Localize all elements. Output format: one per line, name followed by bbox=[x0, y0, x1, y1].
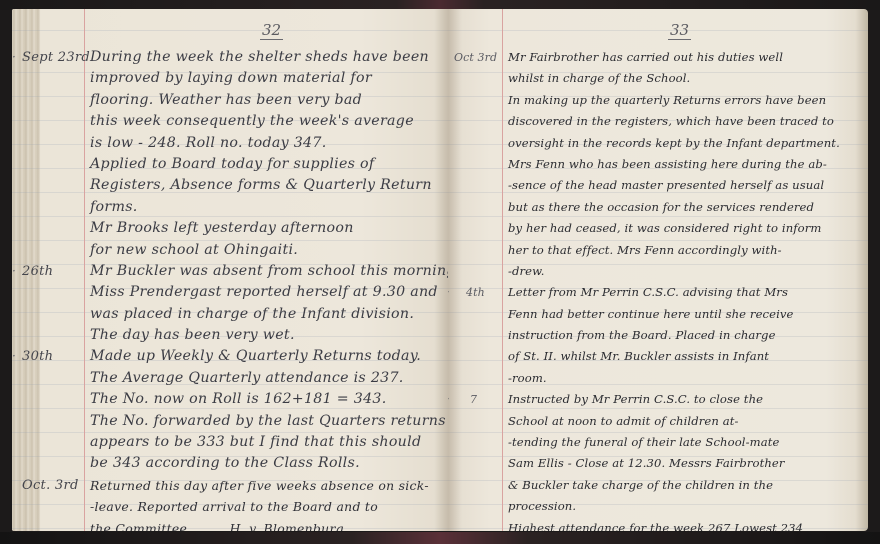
entry-line: Mr Brooks left yesterday afternoon bbox=[12, 218, 448, 239]
entry-line: Miss Prendergast reported herself at 9.3… bbox=[12, 282, 448, 303]
entry-line: Sam Ellis - Close at 12.30. Messrs Fairb… bbox=[448, 453, 868, 474]
entry-text: -leave. Reported arrival to the Board an… bbox=[90, 499, 378, 514]
entry-line: The Average Quarterly attendance is 237. bbox=[12, 368, 448, 389]
entry-text: flooring. Weather has been very bad bbox=[90, 92, 362, 108]
entry-text: -drew. bbox=[508, 264, 545, 278]
log-entry: · 7 Instructed by Mr Perrin C.S.C. to cl… bbox=[448, 389, 868, 531]
entry-line: improved by laying down material for bbox=[12, 68, 448, 89]
entry-text: The No. now on Roll is 162+181 = 343. bbox=[90, 391, 387, 407]
entry-text: Applied to Board today for supplies of bbox=[90, 156, 374, 172]
entry-line: Mrs Fenn who has been assisting here dur… bbox=[448, 154, 868, 175]
entry-line: -room. bbox=[448, 368, 868, 389]
entry-text: was placed in charge of the Infant divis… bbox=[90, 306, 414, 322]
entry-date: 7 bbox=[470, 389, 477, 410]
entry-text: but as there the occasion for the servic… bbox=[508, 200, 814, 214]
entry-text: appears to be 333 but I find that this s… bbox=[90, 434, 421, 450]
entry-line: -drew. bbox=[448, 261, 868, 282]
page-number: 32 bbox=[260, 21, 283, 40]
entry-line: · Sept 23rd During the week the shelter … bbox=[12, 47, 448, 68]
entry-line: · 26th Mr Buckler was absent from school… bbox=[12, 261, 448, 282]
entry-line: School at noon to admit of children at- bbox=[448, 411, 868, 432]
entry-line: Fenn had better continue here until she … bbox=[448, 304, 868, 325]
log-entry: · Sept 23rd During the week the shelter … bbox=[12, 47, 448, 261]
entry-line: for new school at Ohingaiti. bbox=[12, 240, 448, 261]
entry-text: Mr Buckler was absent from school this m… bbox=[90, 263, 448, 279]
entry-line: · 7 Instructed by Mr Perrin C.S.C. to cl… bbox=[448, 389, 868, 410]
entry-text: by her had ceased, it was considered rig… bbox=[508, 221, 821, 235]
entry-line: The No. now on Roll is 162+181 = 343. bbox=[12, 389, 448, 410]
entry-line: Highest attendance for the week 267 Lowe… bbox=[448, 518, 868, 531]
entry-text: School at noon to admit of children at- bbox=[508, 414, 739, 428]
log-entry: Oct. 3rd Returned this day after five we… bbox=[12, 475, 448, 531]
entry-line: instruction from the Board. Placed in ch… bbox=[448, 325, 868, 346]
entry-date: 30th bbox=[22, 346, 53, 367]
entry-line: forms. bbox=[12, 197, 448, 218]
entry-text: of St. II. whilst Mr. Buckler assists in… bbox=[508, 349, 769, 363]
entry-text: the Committee. bbox=[90, 521, 191, 531]
entry-text: Instructed by Mr Perrin C.S.C. to close … bbox=[508, 392, 763, 406]
entry-date: Sept 23rd bbox=[22, 47, 90, 68]
entry-text: this week consequently the week's averag… bbox=[90, 113, 414, 129]
entry-line: discovered in the registers, which have … bbox=[448, 111, 868, 132]
entry-date: Oct 3rd bbox=[454, 47, 497, 68]
entry-text: -tending the funeral of their late Schoo… bbox=[508, 435, 779, 449]
entry-text: & Buckler take charge of the children in… bbox=[508, 478, 773, 492]
entry-text: be 343 according to the Class Rolls. bbox=[90, 455, 360, 471]
entry-line: by her had ceased, it was considered rig… bbox=[448, 218, 868, 239]
left-page-entries: · Sept 23rd During the week the shelter … bbox=[12, 47, 448, 531]
entry-line: procession. bbox=[448, 496, 868, 517]
entry-text: -sence of the head master presented hers… bbox=[508, 178, 824, 192]
entry-line: her to that effect. Mrs Fenn accordingly… bbox=[448, 240, 868, 261]
entry-text: Mr Brooks left yesterday afternoon bbox=[90, 220, 354, 236]
entry-text: for new school at Ohingaiti. bbox=[90, 242, 298, 258]
entry-line: & Buckler take charge of the children in… bbox=[448, 475, 868, 496]
log-entry: Oct 3rd Mr Fairbrother has carried out h… bbox=[448, 47, 868, 282]
entry-text: In making up the quarterly Returns error… bbox=[508, 93, 826, 107]
entry-text: Sam Ellis - Close at 12.30. Messrs Fairb… bbox=[508, 456, 785, 470]
entry-line: Applied to Board today for supplies of bbox=[12, 154, 448, 175]
entry-line: oversight in the records kept by the Inf… bbox=[448, 133, 868, 154]
entry-line: The No. forwarded by the last Quarters r… bbox=[12, 411, 448, 432]
entry-line: is low - 248. Roll no. today 347. bbox=[12, 133, 448, 154]
entry-text: Returned this day after five weeks absen… bbox=[90, 478, 429, 493]
entry-line: flooring. Weather has been very bad bbox=[12, 90, 448, 111]
entry-line: · 30th Made up Weekly & Quarterly Return… bbox=[12, 346, 448, 367]
entry-line: the Committee. H. v. Blomenburg. bbox=[12, 518, 448, 531]
entry-text: Mr Fairbrother has carried out his dutie… bbox=[508, 50, 783, 64]
entry-bullet: · bbox=[12, 261, 16, 282]
entry-text: The day has been very wet. bbox=[90, 327, 295, 343]
entry-text: The No. forwarded by the last Quarters r… bbox=[90, 413, 446, 429]
entry-line: was placed in charge of the Infant divis… bbox=[12, 304, 448, 325]
entry-text: forms. bbox=[90, 199, 138, 215]
entry-date: 26th bbox=[22, 261, 53, 282]
right-page-entries: Oct 3rd Mr Fairbrother has carried out h… bbox=[448, 47, 868, 531]
entry-line: this week consequently the week's averag… bbox=[12, 111, 448, 132]
entry-text: oversight in the records kept by the Inf… bbox=[508, 136, 840, 150]
entry-text: The Average Quarterly attendance is 237. bbox=[90, 370, 404, 386]
entry-line: be 343 according to the Class Rolls. bbox=[12, 453, 448, 474]
signature: H. v. Blomenburg. bbox=[230, 521, 348, 531]
left-page: 32 · Sept 23rd During the week the shelt… bbox=[12, 9, 448, 531]
entry-line: The day has been very wet. bbox=[12, 325, 448, 346]
entry-line: appears to be 333 but I find that this s… bbox=[12, 432, 448, 453]
entry-text: Fenn had better continue here until she … bbox=[508, 307, 794, 321]
right-page: 33 Oct 3rd Mr Fairbrother has carried ou… bbox=[448, 9, 868, 531]
entry-line: but as there the occasion for the servic… bbox=[448, 197, 868, 218]
log-entry: · 26th Mr Buckler was absent from school… bbox=[12, 261, 448, 347]
entry-bullet: · bbox=[12, 47, 16, 68]
entry-text: instruction from the Board. Placed in ch… bbox=[508, 328, 776, 342]
entry-text: -room. bbox=[508, 371, 547, 385]
entry-bullet: · bbox=[448, 389, 450, 410]
entry-line: Oct. 3rd Returned this day after five we… bbox=[12, 475, 448, 496]
entry-line: -tending the funeral of their late Schoo… bbox=[448, 432, 868, 453]
entry-line: In making up the quarterly Returns error… bbox=[448, 90, 868, 111]
entry-line: -sence of the head master presented hers… bbox=[448, 175, 868, 196]
entry-text: is low - 248. Roll no. today 347. bbox=[90, 135, 327, 151]
entry-line: of St. II. whilst Mr. Buckler assists in… bbox=[448, 346, 868, 367]
entry-text: Mrs Fenn who has been assisting here dur… bbox=[508, 157, 827, 171]
entry-date: Oct. 3rd bbox=[22, 475, 79, 496]
entry-text: Miss Prendergast reported herself at 9.3… bbox=[90, 284, 438, 300]
entry-text: improved by laying down material for bbox=[90, 70, 372, 86]
log-entry: · 30th Made up Weekly & Quarterly Return… bbox=[12, 346, 448, 474]
entry-text: discovered in the registers, which have … bbox=[508, 114, 834, 128]
entry-line: Oct 3rd Mr Fairbrother has carried out h… bbox=[448, 47, 868, 68]
entry-date: 4th bbox=[466, 282, 485, 303]
entry-text: procession. bbox=[508, 499, 576, 513]
entry-line: · 4th Letter from Mr Perrin C.S.C. advis… bbox=[448, 282, 868, 303]
book-cover-bottom bbox=[0, 532, 880, 544]
entry-text: Made up Weekly & Quarterly Returns today… bbox=[90, 348, 421, 364]
entry-text: Registers, Absence forms & Quarterly Ret… bbox=[90, 177, 432, 193]
entry-text: During the week the shelter sheds have b… bbox=[90, 49, 429, 65]
log-entry: · 4th Letter from Mr Perrin C.S.C. advis… bbox=[448, 282, 868, 389]
entry-text: whilst in charge of the School. bbox=[508, 71, 690, 85]
entry-line: Registers, Absence forms & Quarterly Ret… bbox=[12, 175, 448, 196]
entry-line: -leave. Reported arrival to the Board an… bbox=[12, 496, 448, 517]
page-number: 33 bbox=[668, 21, 691, 40]
entry-bullet: · bbox=[448, 282, 450, 303]
entry-text: her to that effect. Mrs Fenn accordingly… bbox=[508, 243, 782, 257]
entry-bullet: · bbox=[12, 346, 16, 367]
entry-text: Letter from Mr Perrin C.S.C. advising th… bbox=[508, 285, 788, 299]
entry-line: whilst in charge of the School. bbox=[448, 68, 868, 89]
entry-text: Highest attendance for the week 267 Lowe… bbox=[508, 521, 803, 531]
